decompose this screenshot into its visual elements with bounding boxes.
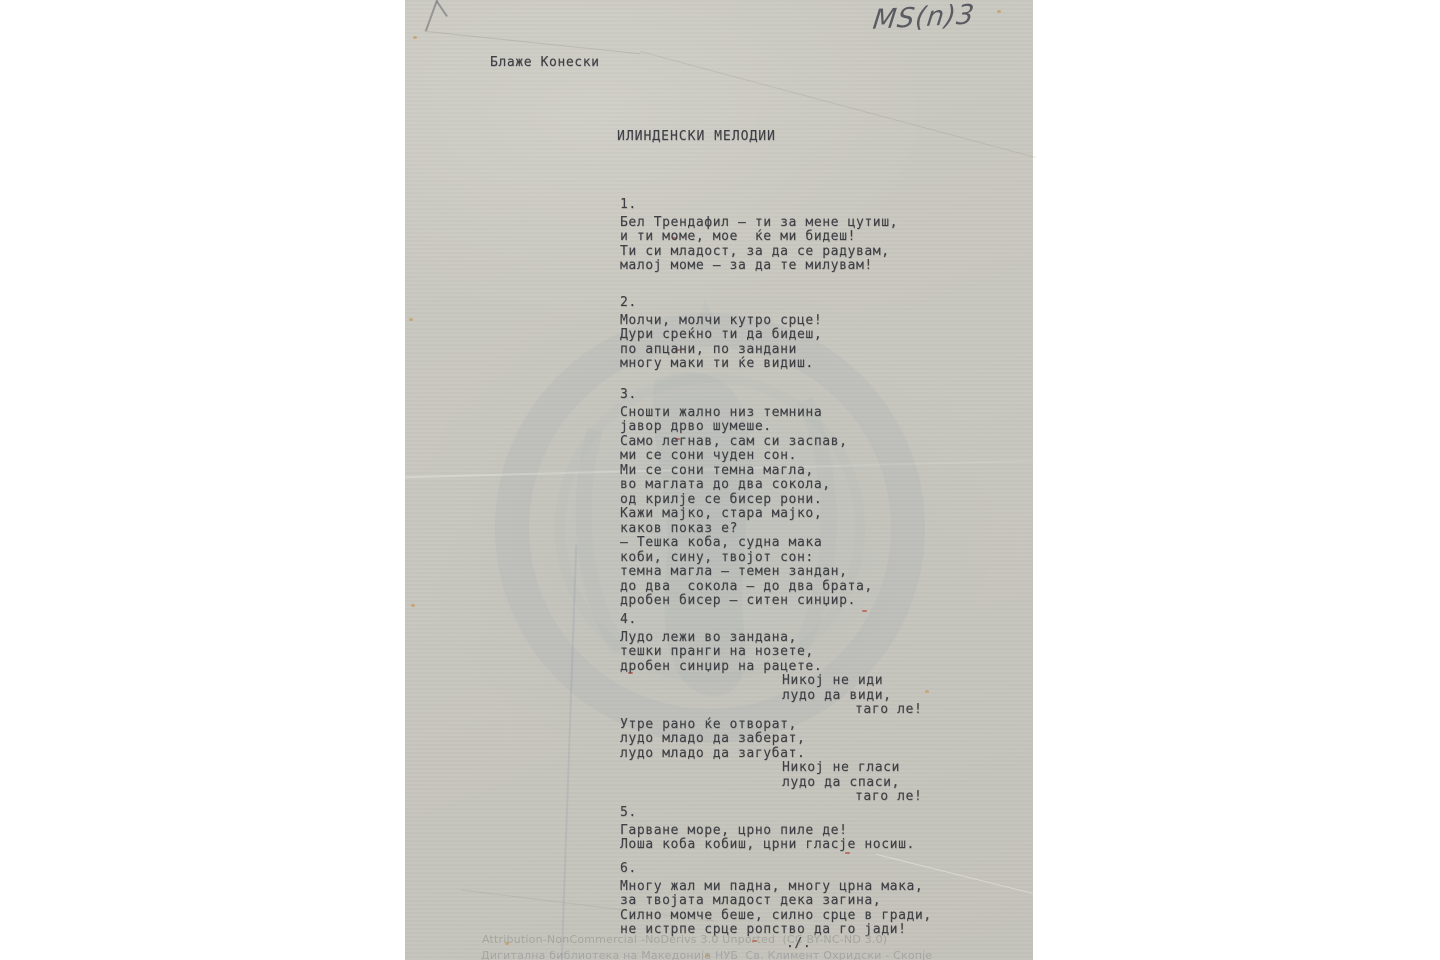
- poem-line: ми се сони чуден сон.: [620, 449, 873, 464]
- poem-line: дробен бисер – ситен синџир.: [620, 594, 873, 609]
- stanza-number: 2.: [620, 296, 822, 311]
- paper-crease: [561, 545, 577, 960]
- poem-line: Лудо лежи во зандана,: [620, 631, 922, 646]
- stanza-number: 6.: [620, 862, 932, 877]
- stanza-4: 4. Лудо лежи во зандана,тешки пранги на …: [620, 613, 922, 805]
- poem-line: таго ле!: [620, 790, 922, 805]
- poem-line: темна магла – темен зандан,: [620, 565, 873, 580]
- poem-line: Никој не гласи: [620, 761, 922, 776]
- stanza-number: 4.: [620, 613, 922, 628]
- stanza-6: 6. Многу жал ми падна, многу црна мака,з…: [620, 862, 932, 938]
- stanza-5: 5. Гарване море, црно пиле де!Лоша коба …: [620, 806, 915, 853]
- poem-line: Ми се сони темна магла,: [620, 464, 873, 479]
- paper-crease: [424, 31, 641, 55]
- stanza-2: 2. Молчи, молчи кутро срце!Дури среќно т…: [620, 296, 822, 372]
- scan-background: MS(n)3 Блаже Конески ИЛИНДЕНСКИ МЕЛОДИИ …: [0, 0, 1440, 960]
- poem-line: лудо да види,: [620, 689, 922, 704]
- stanza-number: 3.: [620, 388, 873, 403]
- stanza-1: 1. Бел Трендафил – ти за мене цутиш,и ти…: [620, 198, 898, 274]
- poem-line: Многу жал ми падна, многу црна мака,: [620, 880, 932, 895]
- poem-line: Гарване море, црно пиле де!: [620, 824, 915, 839]
- poem-line: дробен синџир на рацете.: [620, 660, 922, 675]
- poem-line: Дури среќно ти да бидеш,: [620, 328, 822, 343]
- poem-line: лудо да спаси,: [620, 776, 922, 791]
- stanza-3: 3. Сношти жално низ темнинајавор дрво шу…: [620, 388, 873, 609]
- pencil-stroke: [436, 1, 448, 17]
- foxing-speck: [411, 604, 415, 607]
- stanza-lines: Бел Трендафил – ти за мене цутиш,и ти мо…: [620, 216, 898, 274]
- poem-line: не истрпе срце ропство да го јади!: [620, 923, 932, 938]
- red-ribbon-mark: [752, 940, 757, 942]
- poem-line: многу маки ти ќе видиш.: [620, 357, 822, 372]
- stanza-number: 5.: [620, 806, 915, 821]
- stanza-lines: Гарване море, црно пиле де!Лоша коба коб…: [620, 824, 915, 853]
- poem-line: Никој не иди: [620, 674, 922, 689]
- foxing-speck: [997, 10, 1001, 13]
- author-name: Блаже Конески: [490, 56, 600, 71]
- poem-line: Сношти жално низ темнина: [620, 406, 873, 421]
- poem-line: малој моме – за да те милувам!: [620, 259, 898, 274]
- poem-line: до два сокола – до два брата,: [620, 580, 873, 595]
- poem-line: – Тешка коба, судна мака: [620, 536, 873, 551]
- poem-line: Молчи, молчи кутро срце!: [620, 314, 822, 329]
- poem-line: Кажи мајко, стара мајко,: [620, 507, 873, 522]
- foxing-speck: [409, 318, 413, 321]
- poem-line: лудо младо да загубат.: [620, 747, 922, 762]
- stanza-lines: Многу жал ми падна, многу црна мака,за т…: [620, 880, 932, 938]
- foxing-speck: [505, 942, 509, 945]
- red-ribbon-mark: [862, 610, 867, 612]
- stanza-number: 1.: [620, 198, 898, 213]
- stanza-lines: Молчи, молчи кутро срце!Дури среќно ти д…: [620, 314, 822, 372]
- foxing-speck: [705, 954, 709, 957]
- poem-line: коби, сину, твојот сон:: [620, 551, 873, 566]
- poem-line: за твојата младост дека загина,: [620, 894, 932, 909]
- foxing-speck: [413, 36, 417, 39]
- poem-line: во маглата до два сокола,: [620, 478, 873, 493]
- poem-line: Силно момче беше, силно срце в гради,: [620, 909, 932, 924]
- poem-line: каков показ е?: [620, 522, 873, 537]
- poem-line: и ти моме, мое ќе ми бидеш!: [620, 230, 898, 245]
- poem-line: Утре рано ќе отворат,: [620, 718, 922, 733]
- poem-line: Само легнав, сам си заспав,: [620, 435, 873, 450]
- document-page: MS(n)3 Блаже Конески ИЛИНДЕНСКИ МЕЛОДИИ …: [405, 0, 1033, 960]
- poem-line: Ти си младост, за да се радувам,: [620, 245, 898, 260]
- poem-line: јавор дрво шумеше.: [620, 420, 873, 435]
- poem-line: Лоша коба кобиш, црни гласје носиш.: [620, 838, 915, 853]
- page-title: ИЛИНДЕНСКИ МЕЛОДИИ: [617, 130, 776, 145]
- poem-line: лудо младо да заберат,: [620, 732, 922, 747]
- stanza-lines: Лудо лежи во зандана,тешки пранги на ноз…: [620, 631, 922, 805]
- stanza-lines: Сношти жално низ темнинајавор дрво шумеш…: [620, 406, 873, 609]
- handwritten-annotation: MS(n)3: [871, 0, 976, 36]
- poem-line: таго ле!: [620, 703, 922, 718]
- poem-line: од крилје се бисер рони.: [620, 493, 873, 508]
- poem-line: по апцани, по зандани: [620, 343, 822, 358]
- poem-line: Бел Трендафил – ти за мене цутиш,: [620, 216, 898, 231]
- poem-line: тешки пранги на нозете,: [620, 645, 922, 660]
- foxing-speck: [925, 690, 929, 693]
- end-of-text-mark: ./.: [786, 937, 811, 952]
